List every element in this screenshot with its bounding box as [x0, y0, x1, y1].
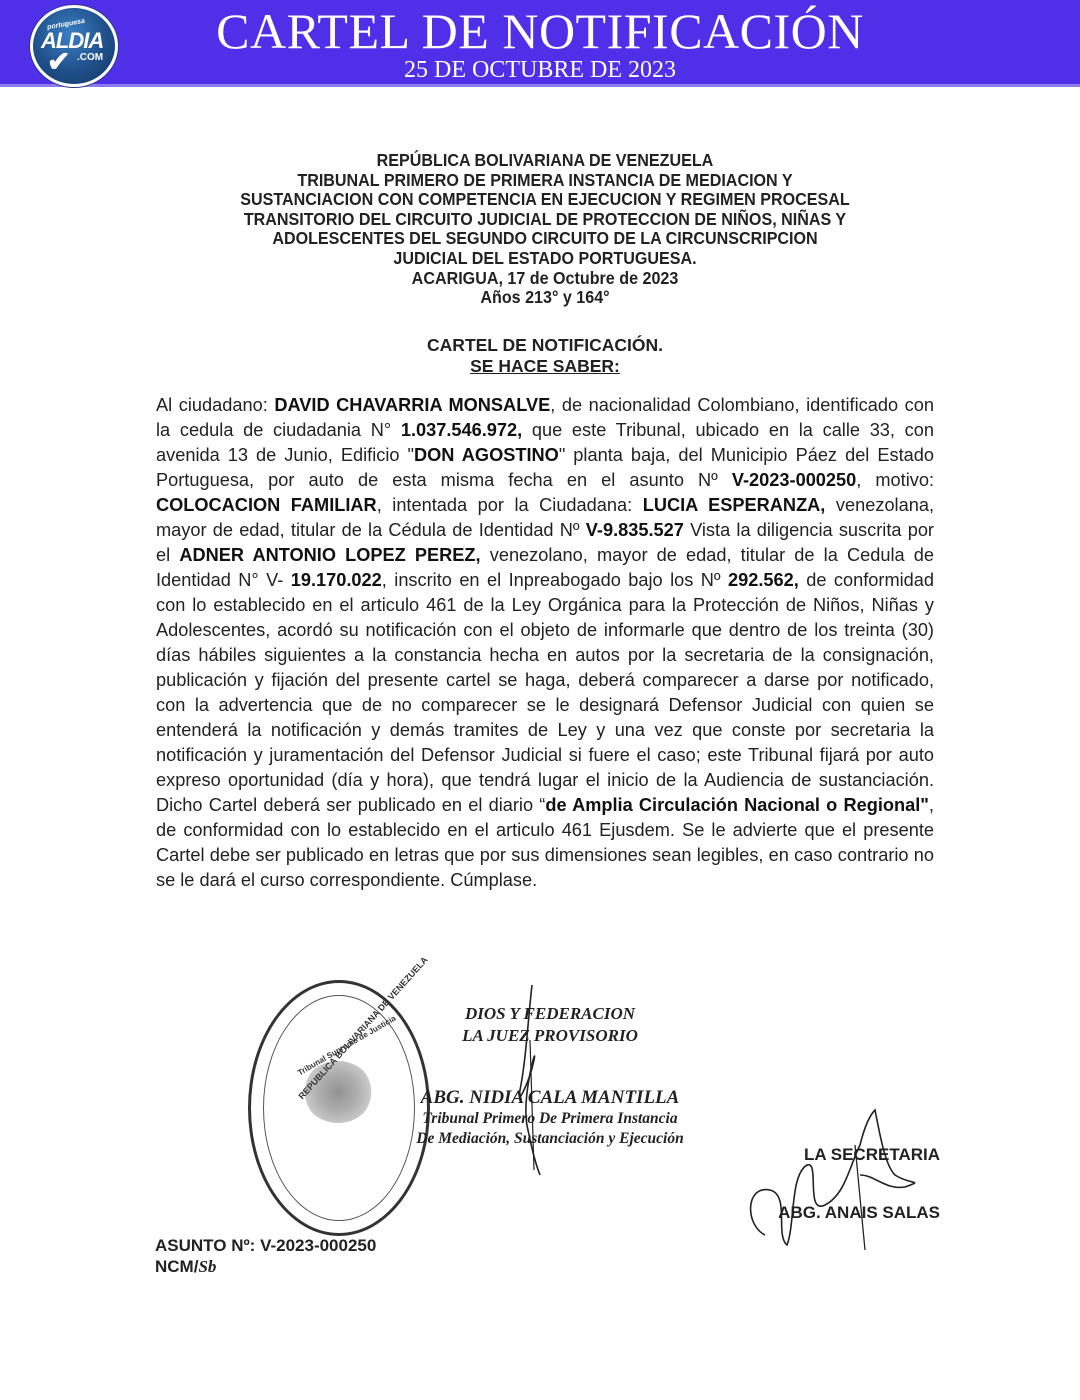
closing-formula: DIOS Y FEDERACION — [380, 1003, 720, 1025]
court-header: REPÚBLICA BOLIVARIANA DE VENEZUELA TRIBU… — [140, 151, 950, 308]
body-emphasis: 19.170.022 — [291, 570, 382, 590]
body-text-segment: de conformidad con lo establecido en el … — [156, 570, 934, 815]
body-emphasis: V-2023-000250 — [732, 470, 856, 490]
header-date-line: ACARIGUA, 17 de Octubre de 2023 — [172, 269, 917, 289]
header-line: REPÚBLICA BOLIVARIANA DE VENEZUELA — [172, 151, 917, 171]
banner-date: 25 DE OCTUBRE DE 2023 — [0, 57, 1080, 84]
coat-of-arms-icon — [303, 1061, 373, 1123]
notice-heading: CARTEL DE NOTIFICACIÓN. SE HACE SABER: — [140, 335, 950, 377]
body-emphasis: 292.562, — [728, 570, 799, 590]
header-line: ADOLESCENTES DEL SEGUNDO CIRCUITO DE LA … — [172, 229, 917, 249]
body-emphasis: DON AGOSTINO — [414, 445, 559, 465]
body-emphasis: 1.037.546.972, — [401, 420, 522, 440]
notice-body: Al ciudadano: DAVID CHAVARRIA MONSALVE, … — [156, 393, 934, 893]
secretary-signature-block: LA SECRETARIA ABG. ANAIS SALAS — [740, 1145, 940, 1223]
header-years-line: Años 213° y 164° — [172, 288, 917, 308]
judge-court-line: De Mediación, Sustanciación y Ejecución — [380, 1129, 720, 1149]
body-text-segment: , inscrito en el Inpreabogado bajo los N… — [382, 570, 728, 590]
notice-title: CARTEL DE NOTIFICACIÓN. — [140, 335, 950, 356]
case-reference: ASUNTO Nº: V-2023-000250 NCM/Sb — [155, 1235, 376, 1277]
secretary-name: ABG. ANAIS SALAS — [740, 1203, 940, 1223]
header-line: SUSTANCIACION CON COMPETENCIA EN EJECUCI… — [172, 190, 917, 210]
initials: NCM/Sb — [155, 1256, 376, 1277]
initials-italic: Sb — [198, 1257, 216, 1276]
body-text-segment: , motivo: — [856, 470, 934, 490]
judge-name: ABG. NIDIA CALA MANTILLA — [380, 1087, 720, 1109]
case-number: ASUNTO Nº: V-2023-000250 — [155, 1235, 376, 1256]
body-emphasis: V-9.835.527 — [586, 520, 684, 540]
judge-title: LA JUEZ PROVISORIO — [380, 1025, 720, 1047]
body-text-segment: Al ciudadano: — [156, 395, 274, 415]
secretary-title: LA SECRETARIA — [740, 1145, 940, 1165]
header-line: TRANSITORIO DEL CIRCUITO JUDICIAL DE PRO… — [172, 210, 917, 230]
header-line: TRIBUNAL PRIMERO DE PRIMERA INSTANCIA DE… — [172, 171, 917, 191]
body-emphasis: COLOCACION FAMILIAR — [156, 495, 377, 515]
header-banner: portuguesa ALDIA ✔ .COM CARTEL DE NOTIFI… — [0, 0, 1080, 87]
body-emphasis: LUCIA ESPERANZA, — [643, 495, 826, 515]
initials-main: NCM/ — [155, 1257, 198, 1276]
notice-subtitle: SE HACE SABER: — [470, 356, 620, 376]
body-text-segment: , intentada por la Ciudadana: — [377, 495, 643, 515]
judge-court-line: Tribunal Primero De Primera Instancia — [380, 1109, 720, 1129]
body-emphasis: DAVID CHAVARRIA MONSALVE — [274, 395, 550, 415]
header-line: JUDICIAL DEL ESTADO PORTUGUESA. — [172, 249, 917, 269]
judge-signature-block: DIOS Y FEDERACION LA JUEZ PROVISORIO ABG… — [380, 1003, 720, 1149]
body-emphasis: de Amplia Circulación Nacional o Regiona… — [545, 795, 929, 815]
banner-title: CARTEL DE NOTIFICACIÓN — [0, 2, 1080, 60]
body-emphasis: ADNER ANTONIO LOPEZ PEREZ, — [179, 545, 480, 565]
